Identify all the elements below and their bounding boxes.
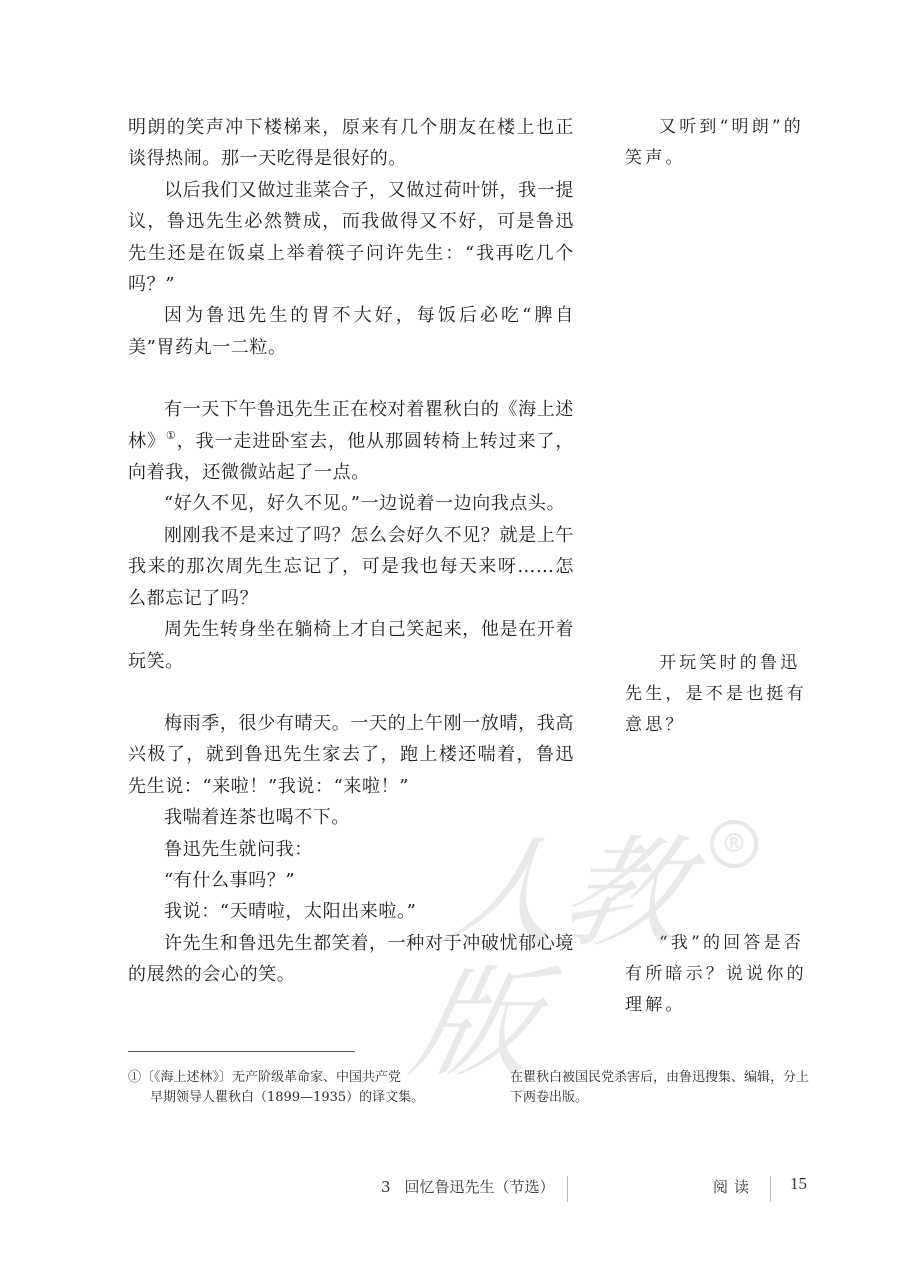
- footer-divider: [770, 1176, 771, 1202]
- footnote-text: 〔《海上述林》〕无产阶级革命家、中国共产党: [141, 1070, 401, 1085]
- chapter-title: 回忆鲁迅先生（节选）: [405, 1178, 555, 1196]
- side-note-text: 开玩笑时的鲁迅先生，是不是也挺有意思？: [625, 648, 811, 741]
- footnote-left: ①〔《海上述林》〕无产阶级革命家、中国共产党 早期领导人瞿秋白（1899—193…: [128, 1068, 468, 1108]
- paragraph: 因为鲁迅先生的胃不大好，每饭后必吃“脾自美”胃药丸一二粒。: [128, 300, 574, 363]
- footnote-marker: ①: [128, 1070, 141, 1085]
- side-note-3: “我”的回答是否有所暗示？说说你的理解。: [625, 928, 811, 1021]
- paragraph-with-footnote: 有一天下午鲁迅先生正在校对着瞿秋白的《海上述林》①，我一走进卧室去，他从那圆转椅…: [128, 394, 574, 488]
- page-number: 15: [790, 1174, 807, 1194]
- textbook-page: 明朗的笑声冲下楼梯来，原来有几个朋友在楼上也正谈得热闹。那一天吃得是很好的。 以…: [0, 0, 904, 1264]
- footnote-line: ①〔《海上述林》〕无产阶级革命家、中国共产党: [128, 1068, 468, 1088]
- side-note-text: 又听到“明朗”的笑声。: [625, 112, 811, 174]
- chapter-label: 3回忆鲁迅先生（节选）: [381, 1176, 555, 1197]
- paragraph-text: ，我一走进卧室去，他从那圆转椅上转过来了，向着我，还微微站起了一点。: [128, 431, 574, 483]
- paragraph: “好久不见，好久不见。”一边说着一边向我点头。: [128, 488, 574, 519]
- paragraph: 我喘着连茶也喝不下。: [128, 802, 574, 833]
- paragraph: 鲁迅先生就问我：: [128, 834, 574, 865]
- side-note-2: 开玩笑时的鲁迅先生，是不是也挺有意思？: [625, 648, 811, 741]
- footnote-divider: [128, 1051, 355, 1052]
- paragraph: 明朗的笑声冲下楼梯来，原来有几个朋友在楼上也正谈得热闹。那一天吃得是很好的。: [128, 112, 574, 175]
- main-text-column: 明朗的笑声冲下楼梯来，原来有几个朋友在楼上也正谈得热闹。那一天吃得是很好的。 以…: [128, 112, 574, 991]
- footer-divider: [567, 1176, 568, 1202]
- page-footer: 3回忆鲁迅先生（节选） 阅读 15: [0, 1174, 904, 1204]
- footnote-line: 早期领导人瞿秋白（1899—1935）的译文集。: [128, 1088, 468, 1108]
- footnote-right: 在瞿秋白被国民党杀害后，由鲁迅搜集、编辑，分上下两卷出版。: [510, 1068, 810, 1108]
- section-label: 阅读: [713, 1176, 755, 1197]
- registered-mark-icon: ®: [710, 820, 758, 868]
- paragraph: 周先生转身坐在躺椅上才自己笑起来，他是在开着玩笑。: [128, 614, 574, 677]
- paragraph: 刚刚我不是来过了吗？怎么会好久不见？就是上午我来的那次周先生忘记了，可是我也每天…: [128, 520, 574, 614]
- footnote-text: 在瞿秋白被国民党杀害后，由鲁迅搜集、编辑，分上下两卷出版。: [510, 1068, 810, 1108]
- paragraph: “有什么事吗？”: [128, 865, 574, 896]
- side-note-text: “我”的回答是否有所暗示？说说你的理解。: [625, 928, 811, 1021]
- footnote-ref[interactable]: ①: [166, 429, 177, 442]
- side-note-1: 又听到“明朗”的笑声。: [625, 112, 811, 174]
- paragraph: 我说：“天晴啦，太阳出来啦。”: [128, 896, 574, 927]
- paragraph: 许先生和鲁迅先生都笑着，一种对于冲破忧郁心境的展然的会心的笑。: [128, 928, 574, 991]
- paragraph: 梅雨季，很少有晴天。一天的上午刚一放晴，我高兴极了，就到鲁迅先生家去了，跑上楼还…: [128, 708, 574, 802]
- chapter-number: 3: [381, 1178, 391, 1196]
- paragraph: 以后我们又做过韭菜合子，又做过荷叶饼，我一提议，鲁迅先生必然赞成，而我做得又不好…: [128, 175, 574, 301]
